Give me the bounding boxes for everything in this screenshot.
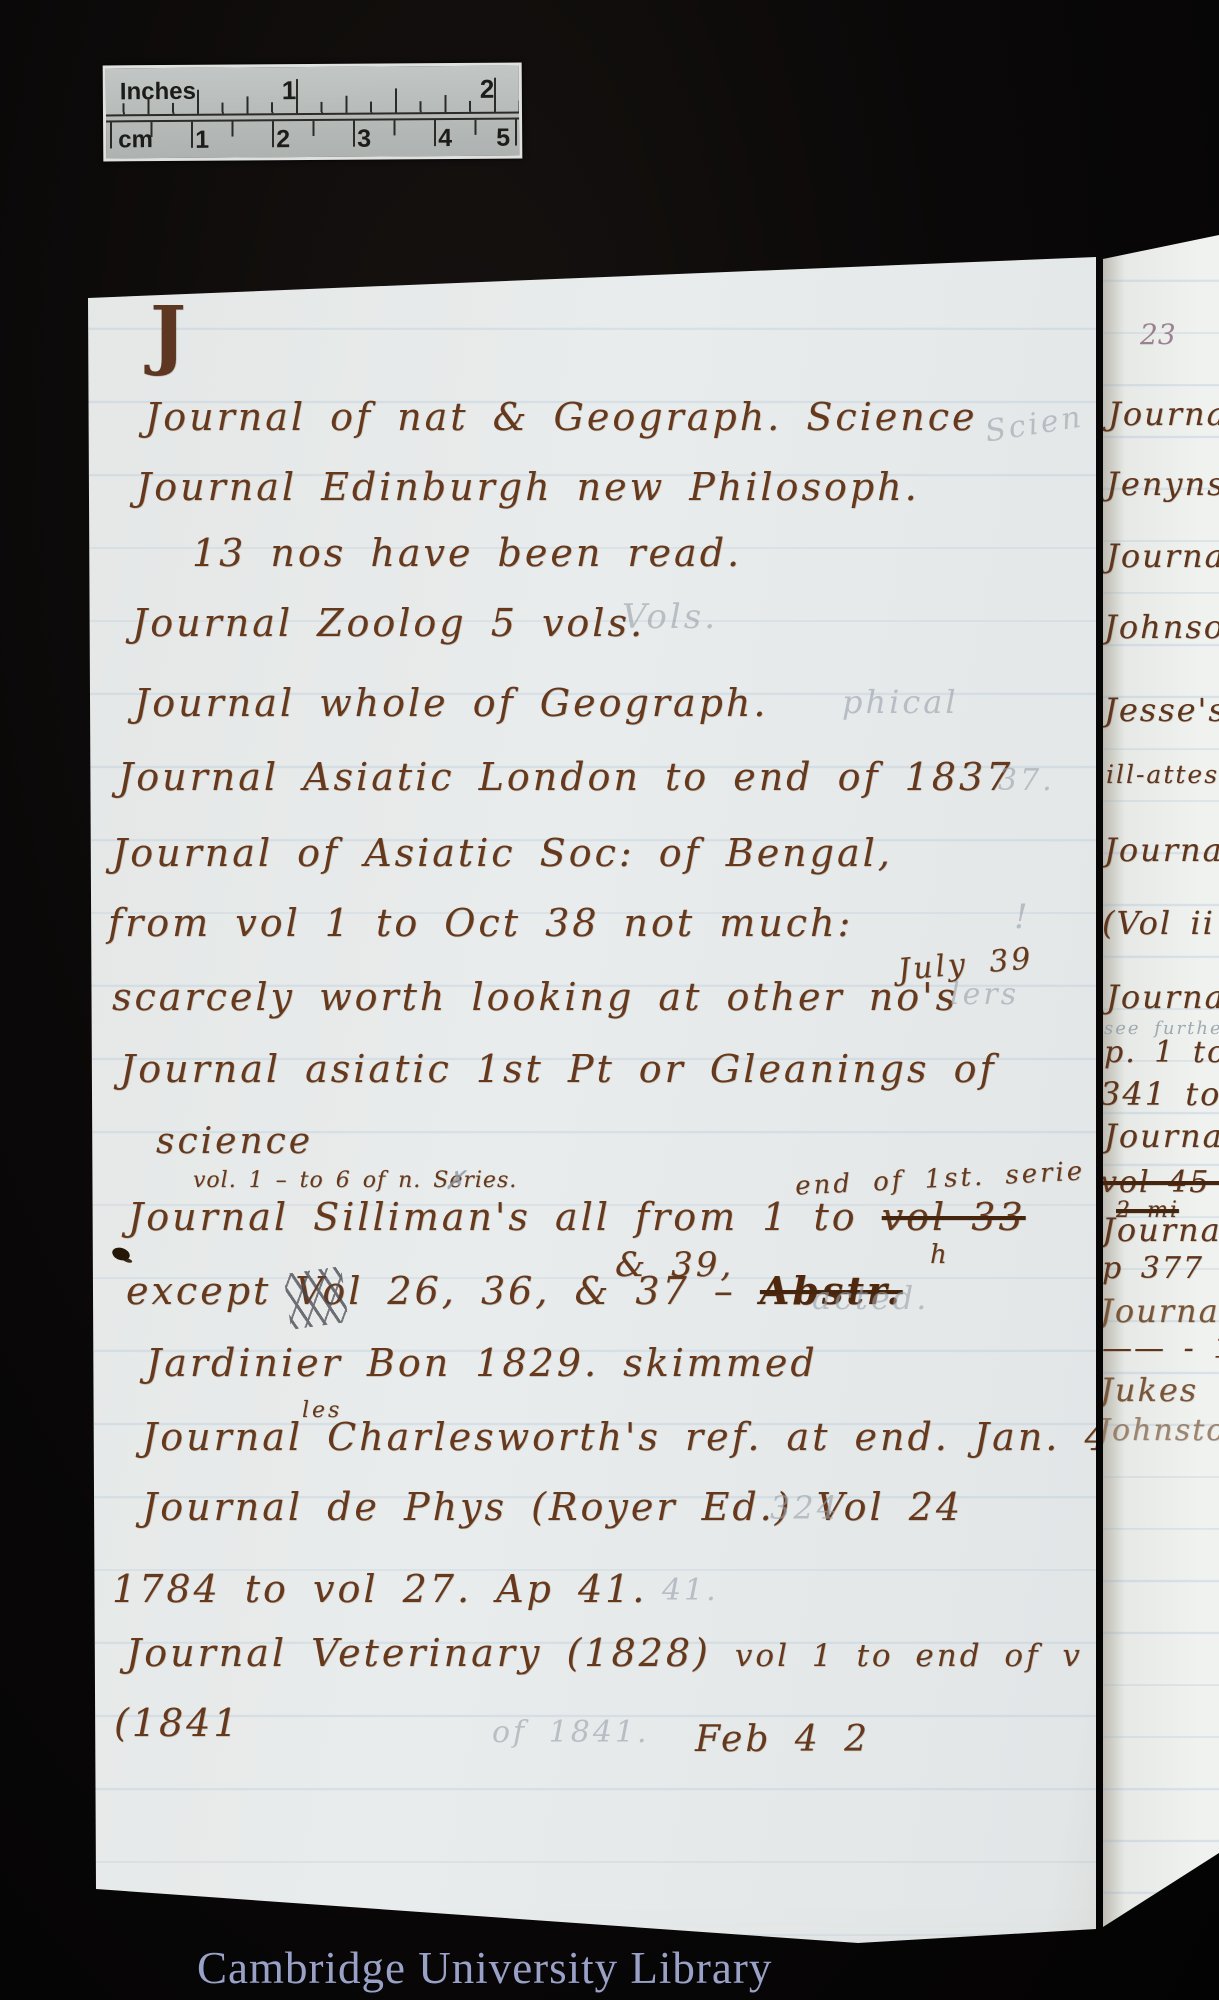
index-letter-heading: J <box>150 296 186 372</box>
manuscript-line: Journal Asiatic London to end of 1837 <box>118 758 1013 796</box>
pencil-ghost: Vols. <box>622 600 718 634</box>
pencil-ghost: phical <box>842 686 959 718</box>
manuscript-fragment: Journal <box>1106 981 1219 1013</box>
line-text: Journal Silliman's all from 1 to <box>128 1195 882 1239</box>
manuscript-line: Journal Zoolog 5 vols. <box>132 604 645 642</box>
manuscript-left-page: J Journal of nat & Geograph. Science Jou… <box>0 0 1219 2000</box>
pencil-ghost: lers <box>950 980 1019 1010</box>
ruler-ticks <box>106 120 519 138</box>
struck-text: vol 33 <box>882 1195 1026 1239</box>
manuscript-line: science <box>156 1124 313 1160</box>
inserted-word: les <box>302 1400 342 1422</box>
manuscript-fragment: —— - 1 <box>1102 1334 1219 1364</box>
pencil-ghost: acted. <box>812 1282 929 1314</box>
manuscript-fragment: Journal <box>1104 1120 1219 1152</box>
manuscript-fragment: Jukes <box>1100 1374 1198 1406</box>
struck-text: vol 45 m <box>1100 1165 1219 1200</box>
manuscript-fragment: (Vol ii p <box>1102 907 1219 939</box>
manuscript-line: Journal of Asiatic Soc: of Bengal, <box>112 834 893 872</box>
measuring-ruler: Inches cm 1 2 1 2 3 4 5 <box>103 63 523 162</box>
manuscript-fragment: vol 45 m <box>1100 1168 1219 1198</box>
manuscript-fragment: ill-attested <box>1106 762 1219 787</box>
line-text: vol 1 to end of v 14, <box>735 1638 1163 1674</box>
marginal-note: & 39, <box>615 1248 734 1282</box>
pencil-x-mark: ✗ <box>444 1168 469 1194</box>
manuscript-line: Journal whole of Geograph. <box>134 684 768 722</box>
manuscript-fragment: Journal of <box>1106 540 1219 572</box>
pencil-scribble <box>283 1266 348 1330</box>
pencil-ghost: of 1841. <box>492 1718 650 1748</box>
date-note: Feb 4 2 <box>695 1722 870 1758</box>
manuscript-fragment: p 377 to <box>1102 1254 1219 1284</box>
manuscript-line: Jardinier Bon 1829. skimmed <box>146 1344 818 1382</box>
manuscript-fragment: Jenyns L <box>1106 468 1219 500</box>
manuscript-line: 1784 to vol 27. Ap 41. <box>112 1570 647 1608</box>
manuscript-fragment: Journal o <box>1100 1295 1219 1327</box>
pencil-ghost: 37. <box>998 766 1055 796</box>
manuscript-line: from vol 1 to Oct 38 not much: <box>108 904 853 942</box>
page-number: 23 <box>1140 318 1176 351</box>
library-caption: Cambridge University Library <box>197 1942 772 1994</box>
manuscript-line: 13 nos have been read. <box>192 534 742 572</box>
scanned-manuscript-photo: Inches cm 1 2 1 2 3 4 5 J Journal of nat… <box>0 0 1219 2000</box>
manuscript-line: (1841 <box>114 1704 241 1742</box>
line-text: Journal Veterinary (1828) <box>126 1631 735 1675</box>
manuscript-fragment: Journal D <box>1108 398 1219 430</box>
manuscript-line: Journal asiatic 1st Pt or Gleanings of <box>120 1050 997 1088</box>
manuscript-line: scarcely worth looking at other no's <box>112 978 958 1016</box>
manuscript-fragment: Johnstons <box>1098 1416 1219 1446</box>
manuscript-fragment: p. 1 to 55 <box>1104 1038 1219 1068</box>
manuscript-line: Journal Silliman's all from 1 to vol 33 <box>128 1198 1026 1236</box>
pencil-ghost: 324 <box>770 1492 840 1524</box>
manuscript-fragment: Johnson's S <box>1104 611 1219 643</box>
pencil-ghost: ! <box>1014 900 1031 934</box>
correction-letter: h <box>930 1242 950 1268</box>
manuscript-line: Journal Veterinary (1828) vol 1 to end o… <box>126 1634 1163 1672</box>
pencil-ghost: 41. <box>662 1576 719 1606</box>
manuscript-line: Journal Charlesworth's ref. at end. Jan.… <box>142 1418 1154 1456</box>
manuscript-fragment: Journal <box>1102 1214 1219 1246</box>
manuscript-fragment: Journal S <box>1104 834 1219 866</box>
manuscript-line: except Vol 26, 36, & 37 – Abstr. <box>126 1272 903 1310</box>
manuscript-line: Journal of nat & Geograph. Science <box>145 398 978 436</box>
manuscript-fragment: 341 to 39 <box>1100 1078 1219 1110</box>
manuscript-line: Journal Edinburgh new Philosoph. <box>136 468 920 506</box>
manuscript-fragment: Jesse's Gle <box>1104 694 1219 726</box>
